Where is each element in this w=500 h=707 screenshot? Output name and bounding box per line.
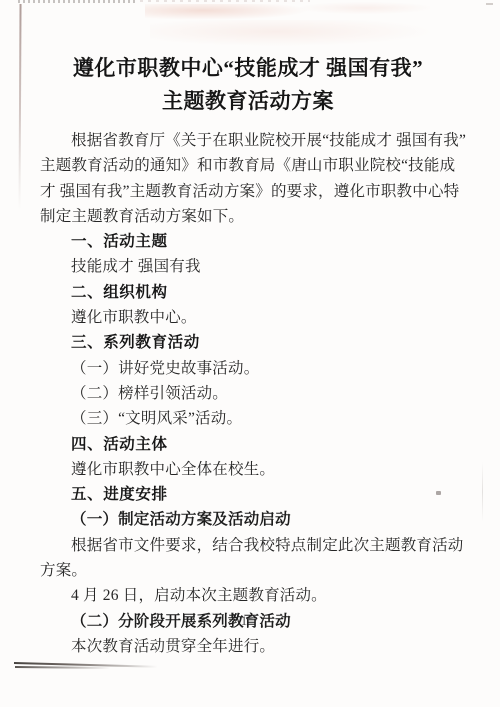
section-heading-4: 四、活动主体: [40, 432, 456, 457]
paragraph-line: 方案。: [40, 558, 456, 583]
document-title-line-2: 主题教育活动方案: [40, 85, 456, 118]
list-item: （一）讲好党史故事活动。: [40, 356, 456, 381]
paragraph-line: 遵化市职教中心全体在校生。: [40, 457, 456, 482]
section-heading-5: 五、进度安排: [40, 482, 456, 507]
paragraph-line: 技能成才 强国有我: [40, 254, 456, 279]
list-item: （二）榜样引领活动。: [40, 381, 456, 406]
document-title-line-1: 遵化市职教中心“技能成才 强国有我”: [40, 52, 456, 85]
document-title: 遵化市职教中心“技能成才 强国有我” 主题教育活动方案: [40, 52, 456, 118]
scan-artifact-pink-smudge: [300, 2, 430, 14]
page-number: 1: [236, 613, 252, 629]
scan-artifact-left-line: [18, 4, 21, 210]
document-content: 遵化市职教中心“技能成才 强国有我” 主题教育活动方案 根据省教育厅《关于在职业…: [40, 52, 456, 659]
scan-artifact-bottom-hairline: [15, 666, 110, 668]
paragraph-line: 根据省教育厅《关于在职业院校开展“技能成才 强国有我”: [40, 128, 456, 153]
scan-artifact-faint-line: [482, 462, 483, 522]
paragraph-line: 本次教育活动贯穿全年进行。: [40, 634, 456, 659]
section-heading-1: 一、活动主题: [40, 229, 456, 254]
scan-artifact-top-speckle-2: [140, 0, 310, 2]
section-heading-3: 三、系列教育活动: [40, 330, 456, 355]
paragraph-line: 遵化市职教中心。: [40, 305, 456, 330]
scan-artifact-pink-smudge: [150, 20, 430, 46]
scan-artifact-speck: [486, 3, 493, 5]
sub-heading: （一）制定活动方案及活动启动: [40, 507, 456, 532]
paragraph-line: 根据省市文件要求，结合我校特点制定此次主题教育活动: [40, 533, 456, 558]
scanned-document-page: 遵化市职教中心“技能成才 强国有我” 主题教育活动方案 根据省教育厅《关于在职业…: [0, 0, 500, 707]
scan-artifact-pink-smudge: [145, 4, 310, 20]
paragraph-line: 制定主题教育活动方案如下。: [40, 204, 456, 229]
scan-artifact-bottom-hairline: [14, 662, 162, 668]
section-heading-2: 二、组织机构: [40, 280, 456, 305]
scan-artifact-top-speckle: [18, 0, 138, 3]
list-item: （三）“文明风采”活动。: [40, 406, 456, 431]
paragraph-line: 4 月 26 日，启动本次主题教育活动。: [40, 583, 456, 608]
paragraph-line: 主题教育活动的通知》和市教育局《唐山市职业院校“技能成: [40, 153, 456, 178]
paragraph-line: 才 强国有我”主题教育活动方案》的要求，遵化市职教中心特: [40, 179, 456, 204]
